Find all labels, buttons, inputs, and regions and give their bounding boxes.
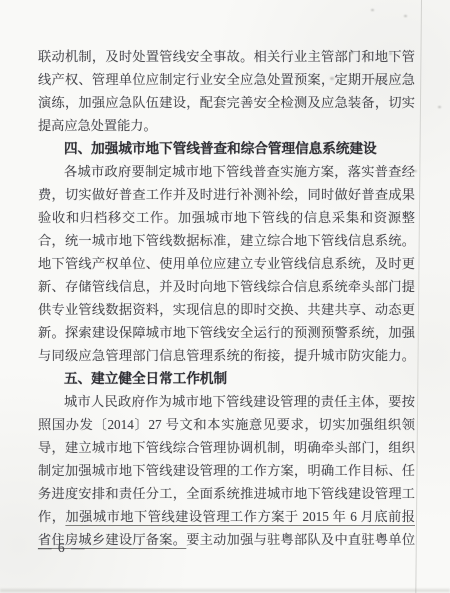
scan-vertical-line-artifact [415,0,422,593]
body-line: 各城市政府要制定城市地下管线普查实施方案，落实普查经 [38,160,415,183]
body-line: 提高应急处置能力。 [38,114,415,137]
document-text-block: 联动机制，及时处置管线安全事故。相关行业主管部门和地下管 线产权、管理单位应制定… [38,45,415,551]
body-line: 费，切实做好普查工作并及时进行补测补绘，同时做好普查成果 [38,183,415,206]
page-number: — 6 — [38,538,86,558]
body-line: 供专业管线数据资料，实现信息的即时交换、共建共享、动态更 [38,298,415,321]
scan-bottom-edge-artifact [0,589,450,592]
body-line: 演练，加强应急队伍建设，配套完善安全检测及应急装备，切实 [38,91,415,114]
deadline-pre-text: 作， [38,509,65,524]
body-line: 线产权、管理单位应制定行业安全应急处置预案，定期开展应急 [38,68,415,91]
section-heading-4: 四、加强城市地下管线普查和综合管理信息系统建设 [38,137,415,160]
scanned-document-page: 联动机制，及时处置管线安全事故。相关行业主管部门和地下管 线产权、管理单位应制定… [0,0,450,593]
scan-speck [404,15,407,17]
body-line: 新、存储管线信息，并及时向地下管线综合信息系统牵头部门提 [38,275,415,298]
body-line: 联动机制，及时处置管线安全事故。相关行业主管部门和地下管 [38,45,415,68]
body-line: 地下管线产权单位、使用单位应建立专业管线信息系统，及时更 [38,252,415,275]
scan-speck [438,106,441,108]
body-line-filing: 省住房城乡建设厅备案。要主动加强与驻粤部队及中直驻粤单位 [38,528,415,551]
body-line: 新。探索建设保障城市地下管线安全运行的预测预警系统，加强 [38,321,415,344]
body-line: 照国办发〔2014〕27 号文和本实施意见要求，切实加强组织领 [38,413,415,436]
body-line: 制定加强城市地下管线建设管理的工作方案，明确工作目标、任 [38,459,415,482]
body-line: 合，统一城市地下管线数据标准，建立综合地下管线信息系统。 [38,229,415,252]
body-line: 导，建立城市地下管线综合管理协调机制，明确牵头部门，组织 [38,436,415,459]
body-line: 务进度安排和责任分工，全面系统推进城市地下管线建设管理工 [38,482,415,505]
body-line: 验收和归档移交工作。加强城市地下管线的信息采集和资源整 [38,206,415,229]
section-heading-5: 五、建立健全日常工作机制 [38,367,415,390]
body-line-deadline: 作，加强城市地下管线建设管理工作方案于 2015 年 6 月底前报 [38,505,415,528]
underlined-deadline-sentence: 加强城市地下管线建设管理工作方案于 2015 年 6 月底前报 [65,509,415,524]
body-line: 城市人民政府作为城市地下管线建设管理的责任主体，要按 [38,390,415,413]
scan-speck [371,9,374,11]
body-line: 与同级应急管理部门信息管理系统的衔接，提升城市防灾能力。 [38,344,415,367]
filing-post-text: 要主动加强与驻粤部队及中直驻粤单位 [186,532,415,547]
